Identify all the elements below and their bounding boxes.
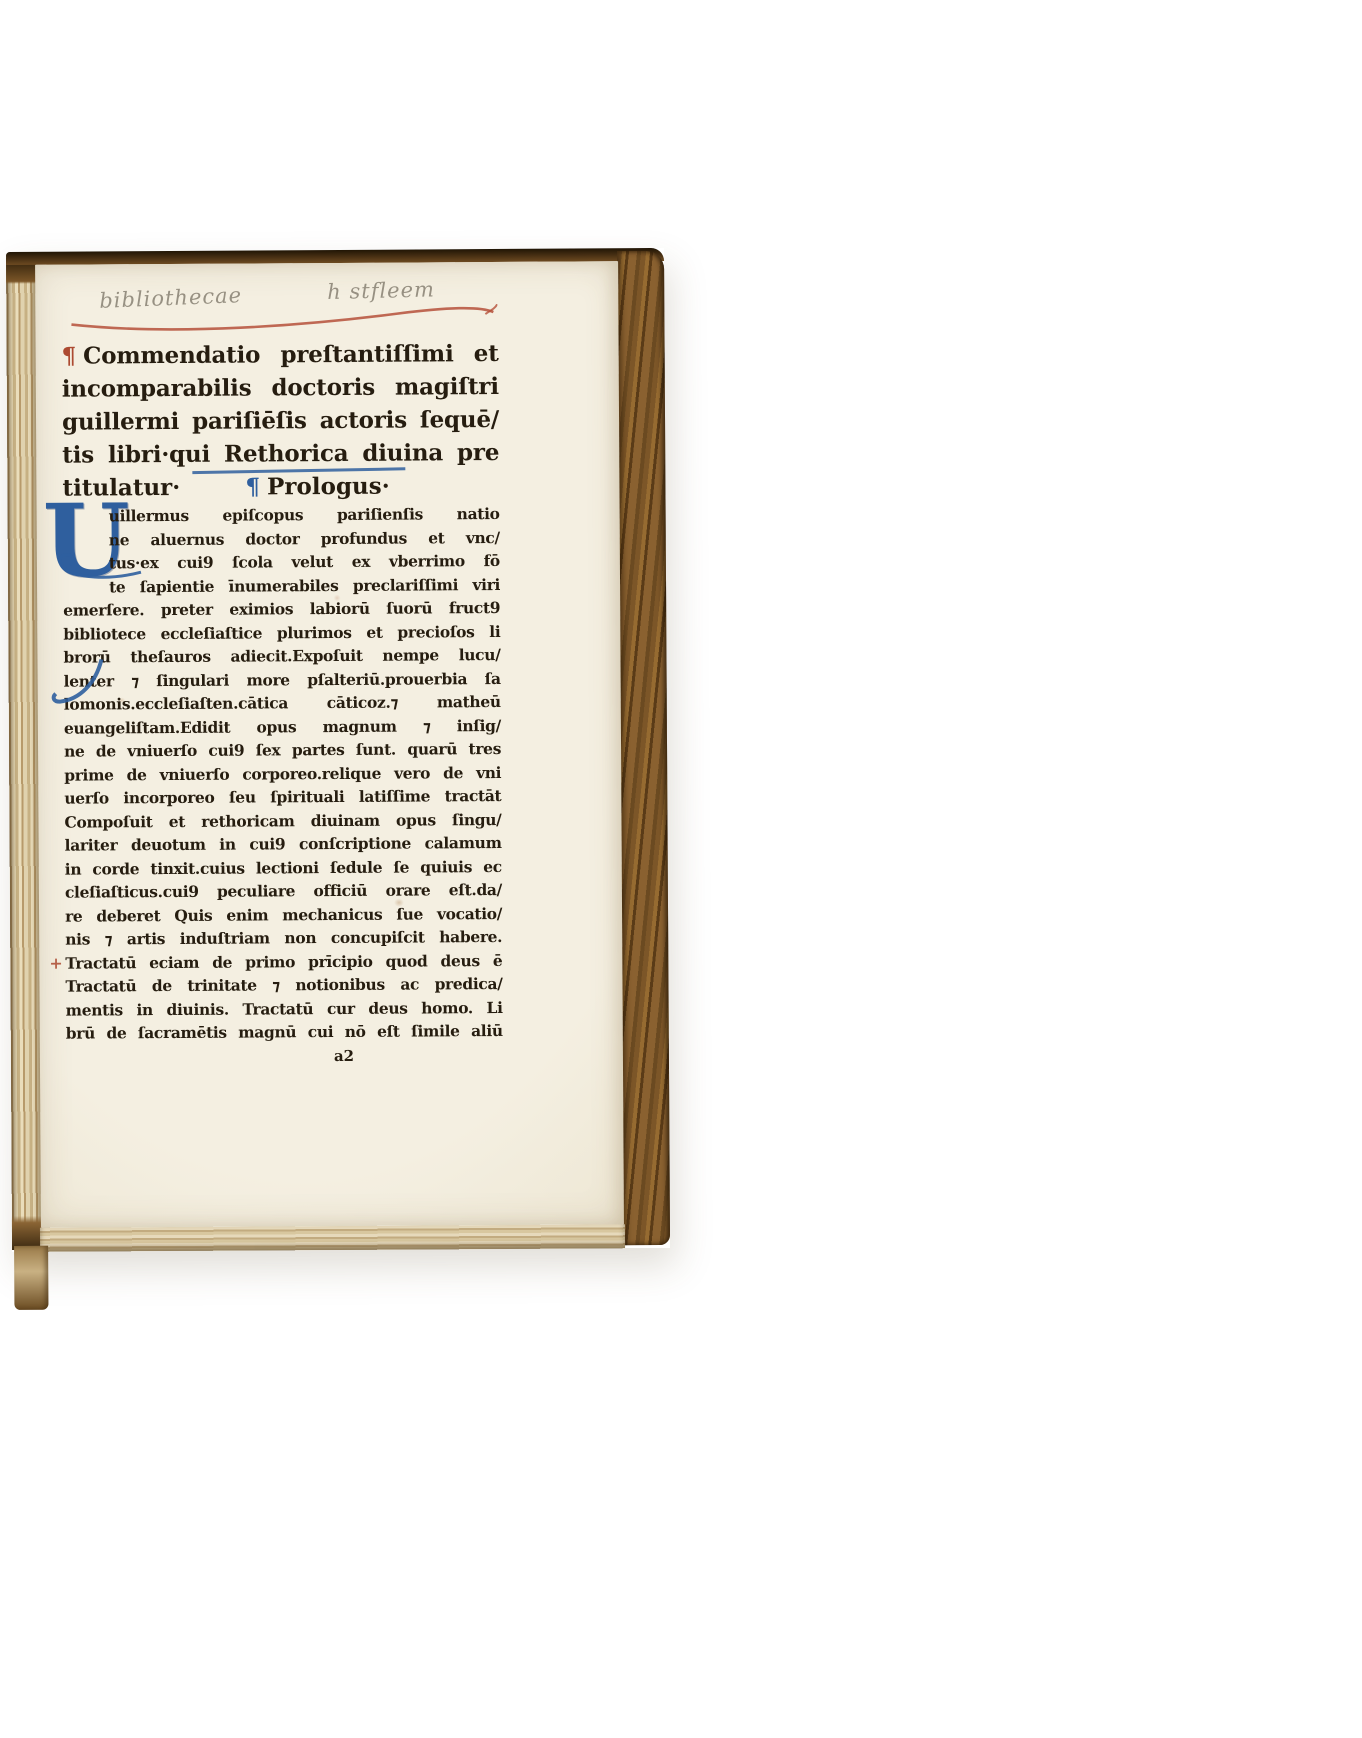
titulatur-text: titulatur· (62, 474, 180, 502)
title-line: guillermi pariſiēſis actoris ſequē/ (62, 403, 499, 439)
body-line: ne de vniuerſo cui9 ſex partes ſunt. qua… (64, 737, 501, 763)
prologus-label: Prologus· (267, 473, 390, 501)
body-line: bibliotece eccleſiaſtice plurimos et pre… (63, 619, 500, 645)
body-line: uerſo incorporeo ſeu ſpirituali latiſſim… (64, 784, 501, 810)
body-line: lariter deuotum in cui9 conſcriptione ca… (65, 831, 502, 857)
text-column: ¶Commendatio preſtantiſſimi et incompara… (62, 337, 503, 1069)
rubric-pilcrow-icon: ¶ (62, 343, 77, 370)
book: bibliothecae h stfleem ¶Commendatio preſ… (6, 248, 670, 1252)
body-line: emerſere. preter eximios labiorū ſuorū f… (63, 596, 500, 622)
binding-right-edge (617, 251, 670, 1245)
body-line: in corde tinxit.cuius lectioni ſedule ſe… (65, 854, 502, 880)
title-block: ¶Commendatio preſtantiſſimi et incompara… (62, 337, 500, 505)
body-line: lenter ⁊ ſingulari more pſalteriū.prouer… (64, 666, 501, 692)
rubric-margin-mark: + (49, 954, 63, 973)
page-edges-bottom (40, 1224, 625, 1252)
red-underline-flourish (67, 304, 497, 335)
body-line: re deberet Quis enim mechanicus ſue voca… (65, 901, 502, 927)
body-line: mentis in diuinis. Tractatū cur deus hom… (66, 995, 503, 1021)
signature-mark: a2 (66, 1042, 503, 1069)
body-line: nis ⁊ artis induſtriam non concupiſcit h… (65, 925, 502, 951)
body-line: euangeliſtam.Edidit opus magnum ⁊ inſig/ (64, 713, 501, 739)
title-line-last: titulatur· ¶Prologus· (62, 469, 499, 505)
spine-tail (14, 1246, 48, 1310)
body-line: Compoſuit et rethoricam diuinam opus ſin… (64, 807, 501, 833)
blue-pilcrow-icon: ¶ (245, 473, 260, 500)
title-text: Commendatio preſtantiſſimi et (83, 340, 499, 370)
title-line: ¶Commendatio preſtantiſſimi et (62, 337, 499, 373)
body-line: uillermus epiſcopus pariſienſis natio (63, 502, 500, 528)
body-line: cleſiaſticus.cui9 peculiare officiū orar… (65, 878, 502, 904)
body-line: brū de ſacramētis magnū cui nō eſt ſimil… (66, 1019, 503, 1045)
initial-flourish-tail (49, 657, 113, 705)
prologus-heading: ¶Prologus· (245, 470, 389, 504)
body-line: prime de vniuerſo corporeo.relique vero … (64, 760, 501, 786)
initial-flourish-top (57, 546, 143, 581)
body-line: Tractatū de trinitate ⁊ notionibus ac pr… (65, 972, 502, 998)
body-line: Tractatū eciam de primo prīcipio quod de… (65, 948, 502, 974)
page: bibliothecae h stfleem ¶Commendatio preſ… (35, 261, 624, 1228)
photo-background: bibliothecae h stfleem ¶Commendatio preſ… (0, 0, 1362, 1738)
body-line: brorū theſauros adiecit.Expoſuit nempe l… (63, 643, 500, 669)
body-line: lomonis.eccleſiaſten.cātica cāticoz.⁊ ma… (64, 690, 501, 716)
title-line: tis libri·qui Rethorica diuina pre (62, 436, 499, 472)
title-line: incomparabilis doctoris magiſtri (62, 370, 499, 406)
handwritten-inscription-right: h stfleem (327, 277, 435, 304)
body-text: U uillermus epiſcopus pariſienſis nation… (63, 502, 503, 1045)
